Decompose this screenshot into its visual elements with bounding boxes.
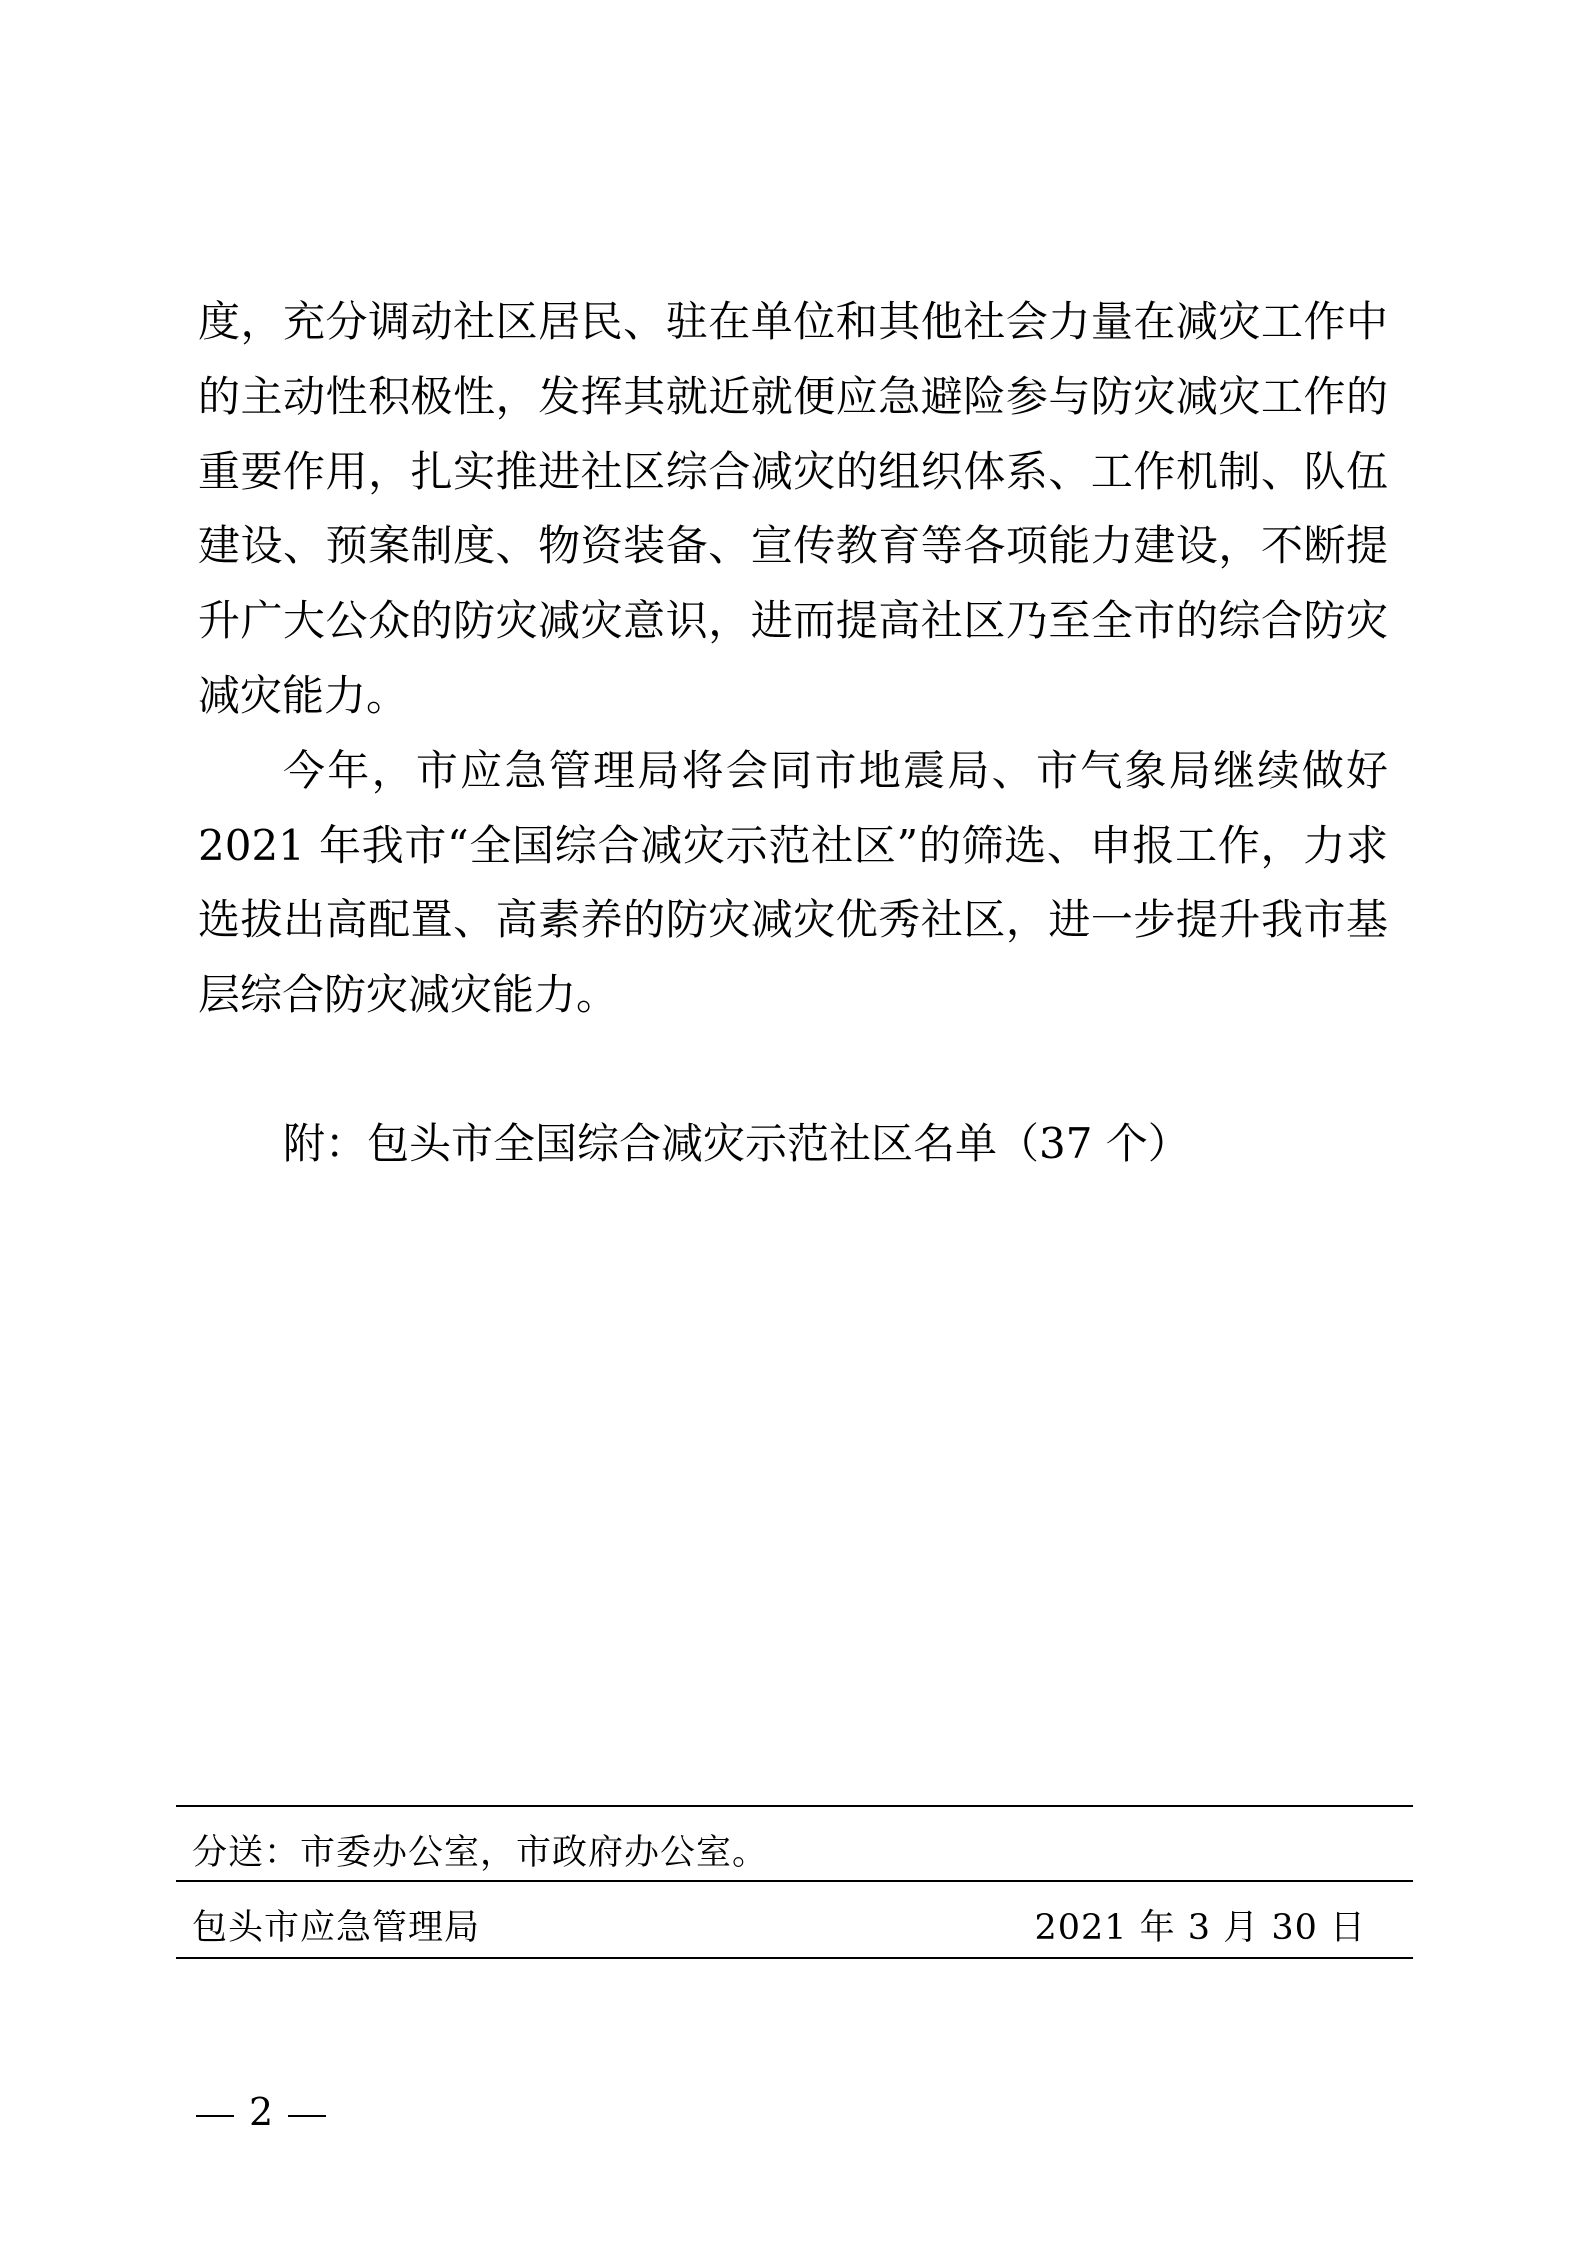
body-line: 减灾能力。 [198,674,1388,718]
issuer-name: 包头市应急管理局 [192,1909,480,1947]
footer-rule-top [176,1805,1413,1807]
body-line: 选拔出高配置、高素养的防灾减灾优秀社区，进一步提升我市基 [198,898,1388,942]
body-line: 2021 年我市“全国综合减灾示范社区”的筛选、申报工作，力求 [198,824,1388,868]
body-line: 度，充分调动社区居民、驻在单位和其他社会力量在减灾工作中 [198,300,1388,344]
issue-date: 2021 年 3 月 30 日 [1034,1909,1366,1947]
footer-rule-middle [176,1880,1413,1882]
body-line: 今年，市应急管理局将会同市地震局、市气象局继续做好 [283,749,1388,793]
page-number-dash-right [288,2115,326,2117]
body-line: 建设、预案制度、物资装备、宣传教育等各项能力建设，不断提 [198,524,1388,568]
document-page: 度，充分调动社区居民、驻在单位和其他社会力量在减灾工作中 的主动性积极性，发挥其… [0,0,1587,2245]
footer-rule-bottom [176,1957,1413,1959]
distribution-line: 分送：市委办公室，市政府办公室。 [192,1834,768,1872]
body-line: 重要作用，扎实推进社区综合减灾的组织体系、工作机制、队伍 [198,450,1388,494]
body-line: 层综合防灾减灾能力。 [198,973,1388,1017]
body-line: 的主动性积极性，发挥其就近就便应急避险参与防灾减灾工作的 [198,375,1388,419]
page-number-value: 2 [249,2092,273,2132]
attachment-note: 附：包头市全国综合减灾示范社区名单（37 个） [283,1122,1190,1166]
body-line: 升广大公众的防灾减灾意识，进而提高社区乃至全市的综合防灾 [198,599,1388,643]
page-number-dash-left [196,2115,234,2117]
page-number: 2 [196,2092,326,2132]
